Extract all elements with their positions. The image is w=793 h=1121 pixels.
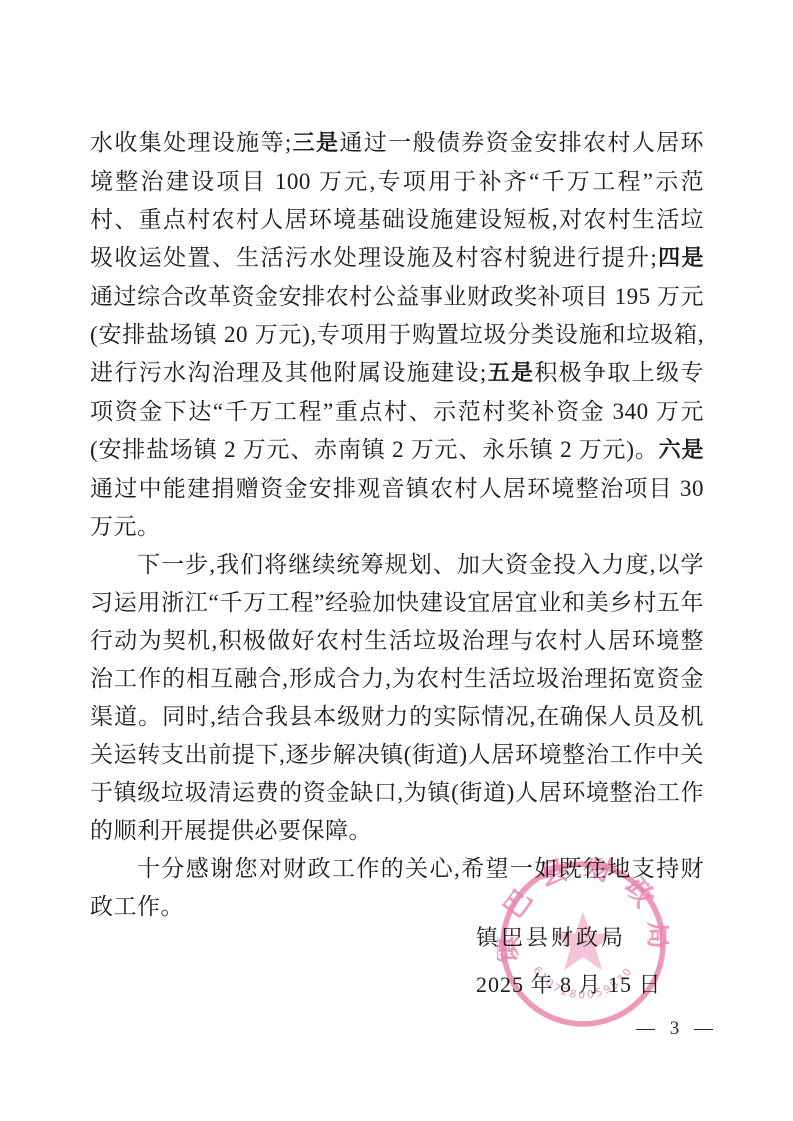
emphasis-run: 五是 [487, 361, 535, 386]
emphasis-run: 三是 [292, 131, 340, 156]
signature-block: 镇巴县财政局 2025 年 8 月 15 日 [476, 921, 662, 999]
text-run: 水收集处理设施等; [90, 130, 292, 155]
emphasis-run: 四是 [657, 246, 704, 271]
text-run: 通过中能建捐赠资金安排观音镇农村人居环境整治项目 30 万元。 [90, 476, 704, 539]
document-page: 水收集处理设施等;三是通过一般债券资金安排农村人居环境整治建设项目 100 万元… [0, 0, 793, 1121]
signature-org: 镇巴县财政局 [476, 921, 662, 952]
text-run: 下一步,我们将继续统筹规划、加大资金投入力度,以学习运用浙江“千万工程”经验加快… [90, 552, 704, 843]
body-paragraph: 水收集处理设施等;三是通过一般债券资金安排农村人居环境整治建设项目 100 万元… [90, 124, 704, 546]
page-number: — 3 — [636, 1018, 718, 1040]
emphasis-run: 六是 [659, 438, 704, 463]
body-paragraph: 十分感谢您对财政工作的关心,希望一如既往地支持财政工作。 [90, 850, 704, 926]
body-paragraph: 下一步,我们将继续统筹规划、加大资金投入力度,以学习运用浙江“千万工程”经验加快… [90, 546, 704, 850]
text-run: 十分感谢您对财政工作的关心,希望一如既往地支持财政工作。 [90, 856, 704, 919]
document-body: 水收集处理设施等;三是通过一般债券资金安排农村人居环境整治建设项目 100 万元… [90, 124, 704, 926]
signature-date: 2025 年 8 月 15 日 [476, 968, 662, 999]
